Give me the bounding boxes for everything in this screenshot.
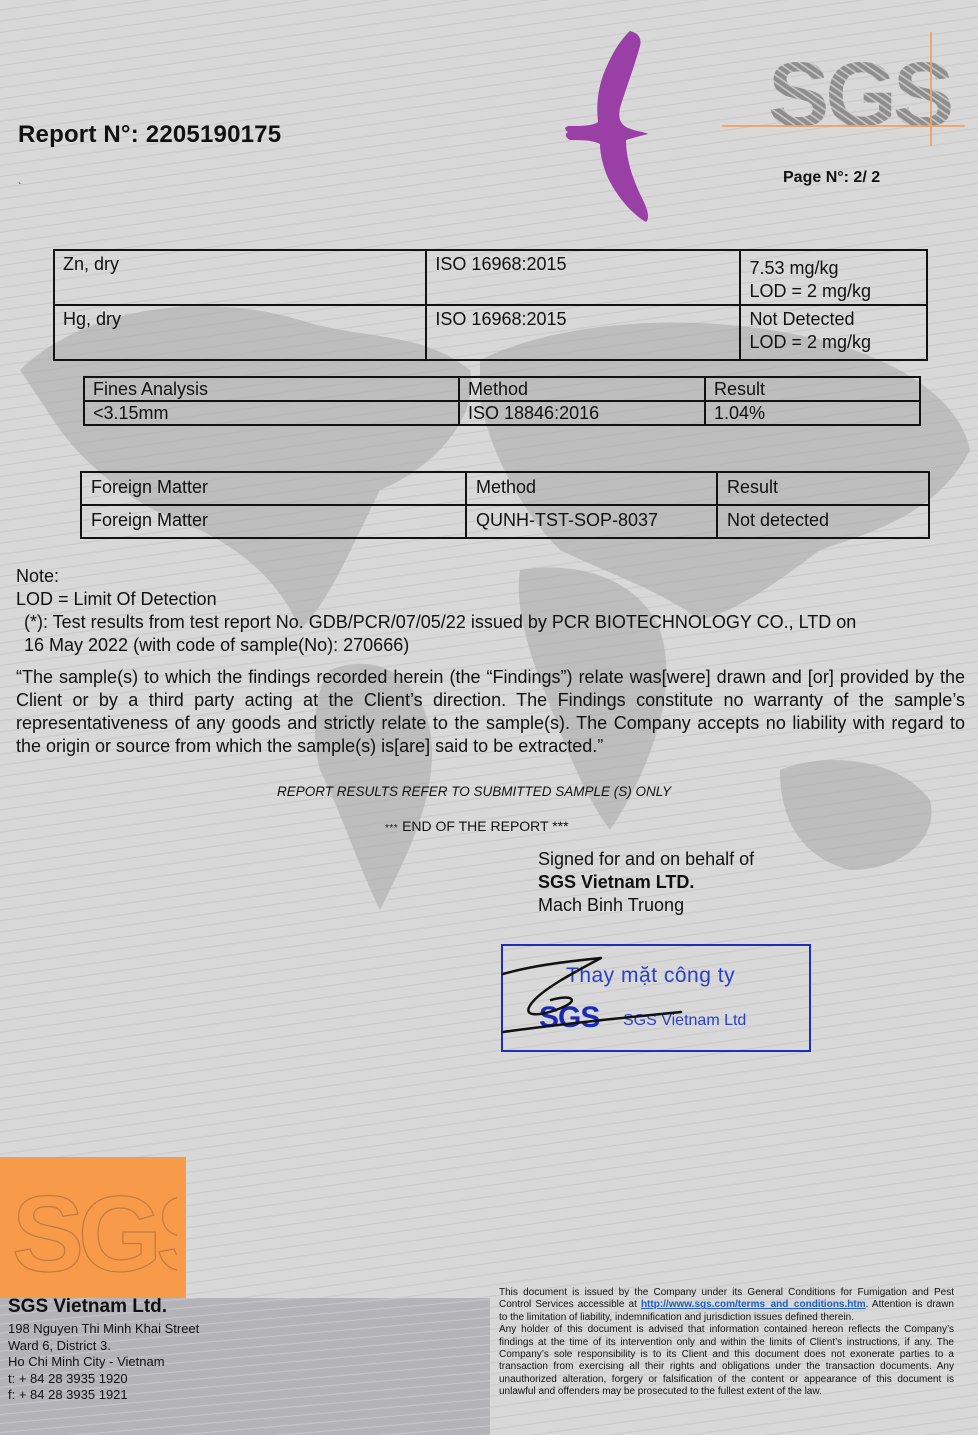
stars-suffix: ***	[552, 818, 568, 834]
header-cell: Method	[466, 472, 717, 505]
result-cell: Not Detected LOD = 2 mg/kg	[740, 305, 927, 360]
footer-sgs-logo: SGS	[0, 1157, 186, 1298]
foreign-matter-table: Foreign Matter Method Result Foreign Mat…	[80, 471, 930, 539]
parameter-cell: Hg, dry	[54, 305, 426, 360]
metals-results-table: Zn, dry ISO 16968:2015 7.53 mg/kg LOD = …	[53, 249, 928, 361]
legal-paragraph-1: This document is issued by the Company u…	[499, 1287, 954, 1324]
legal-conditions: This document is issued by the Company u…	[499, 1287, 954, 1399]
address-line: Ward 6, District 3.	[8, 1338, 199, 1355]
fax-line: f: + 84 28 3935 1921	[8, 1387, 199, 1404]
svg-text:SGS: SGS	[768, 44, 951, 146]
terms-link[interactable]: http://www.sgs.com/terms_and_conditions.…	[641, 1299, 866, 1310]
sample-disclaimer: “The sample(s) to which the findings rec…	[16, 666, 965, 758]
svg-text:SGS: SGS	[12, 1179, 177, 1279]
stray-mark: `	[18, 182, 21, 193]
method-cell: ISO 16968:2015	[426, 305, 740, 360]
stars-prefix: ***	[385, 823, 398, 834]
report-number: Report N°: 2205190175	[18, 121, 281, 149]
result-lod: LOD = 2 mg/kg	[749, 280, 918, 303]
method-cell: ISO 16968:2015	[426, 250, 740, 305]
company-stamp: Thay mặt công ty SGS SGS Vietnam Ltd	[501, 944, 811, 1052]
legal-paragraph-2: Any holder of this document is advised t…	[499, 1324, 954, 1398]
table-row: Foreign Matter QUNH-TST-SOP-8037 Not det…	[81, 505, 929, 538]
result-lod: LOD = 2 mg/kg	[749, 331, 918, 354]
result-cell: 1.04%	[705, 401, 920, 425]
signed-on-behalf: Signed for and on behalf of	[538, 848, 754, 871]
notes-title: Note:	[16, 565, 964, 588]
header-cell: Fines Analysis	[84, 377, 459, 401]
header-cell: Foreign Matter	[81, 472, 466, 505]
company-address-block: SGS Vietnam Ltd. 198 Nguyen Thi Minh Kha…	[8, 1296, 199, 1404]
header-cell: Result	[717, 472, 929, 505]
method-cell: ISO 18846:2016	[459, 401, 705, 425]
signatory-name: Mach Binh Truong	[538, 894, 754, 917]
phone-line: t: + 84 28 3935 1920	[8, 1371, 199, 1388]
lod-definition: LOD = Limit Of Detection	[16, 588, 964, 611]
table-header-row: Foreign Matter Method Result	[81, 472, 929, 505]
page-number: Page N°: 2/ 2	[783, 169, 880, 187]
sgs-outline-logo-icon: SGS	[12, 1179, 177, 1279]
table-row: <3.15mm ISO 18846:2016 1.04%	[84, 401, 920, 425]
result-cell: Not detected	[717, 505, 929, 538]
footer-company-name: SGS Vietnam Ltd.	[8, 1296, 199, 1318]
table-header-row: Fines Analysis Method Result	[84, 377, 920, 401]
sgs-logo: SGS	[720, 28, 965, 148]
results-reference-note: REPORT RESULTS REFER TO SUBMITTED SAMPLE…	[277, 784, 671, 799]
result-value: Not Detected	[749, 308, 918, 331]
bird-logo-icon	[560, 28, 665, 224]
signing-company: SGS Vietnam LTD.	[538, 871, 754, 894]
header-cell: Method	[459, 377, 705, 401]
parameter-cell: Zn, dry	[54, 250, 426, 305]
parameter-cell: <3.15mm	[84, 401, 459, 425]
signature-scribble-icon	[501, 946, 701, 1050]
asterisk-note-line2: 16 May 2022 (with code of sample(No): 27…	[16, 634, 964, 657]
result-value: 7.53 mg/kg	[749, 257, 918, 280]
method-cell: QUNH-TST-SOP-8037	[466, 505, 717, 538]
asterisk-note-line1: (*): Test results from test report No. G…	[16, 611, 964, 634]
notes-section: Note: LOD = Limit Of Detection (*): Test…	[16, 565, 964, 657]
result-cell: 7.53 mg/kg LOD = 2 mg/kg	[740, 250, 927, 305]
end-of-report: *** END OF THE REPORT ***	[385, 818, 569, 834]
address-line: 198 Nguyen Thi Minh Khai Street	[8, 1321, 199, 1338]
table-row: Hg, dry ISO 16968:2015 Not Detected LOD …	[54, 305, 927, 360]
signature-block: Signed for and on behalf of SGS Vietnam …	[538, 848, 754, 917]
address-line: Ho Chi Minh City - Vietnam	[8, 1354, 199, 1371]
table-row: Zn, dry ISO 16968:2015 7.53 mg/kg LOD = …	[54, 250, 927, 305]
fines-analysis-table: Fines Analysis Method Result <3.15mm ISO…	[83, 376, 921, 426]
end-of-report-text: END OF THE REPORT	[398, 818, 552, 834]
header-cell: Result	[705, 377, 920, 401]
parameter-cell: Foreign Matter	[81, 505, 466, 538]
